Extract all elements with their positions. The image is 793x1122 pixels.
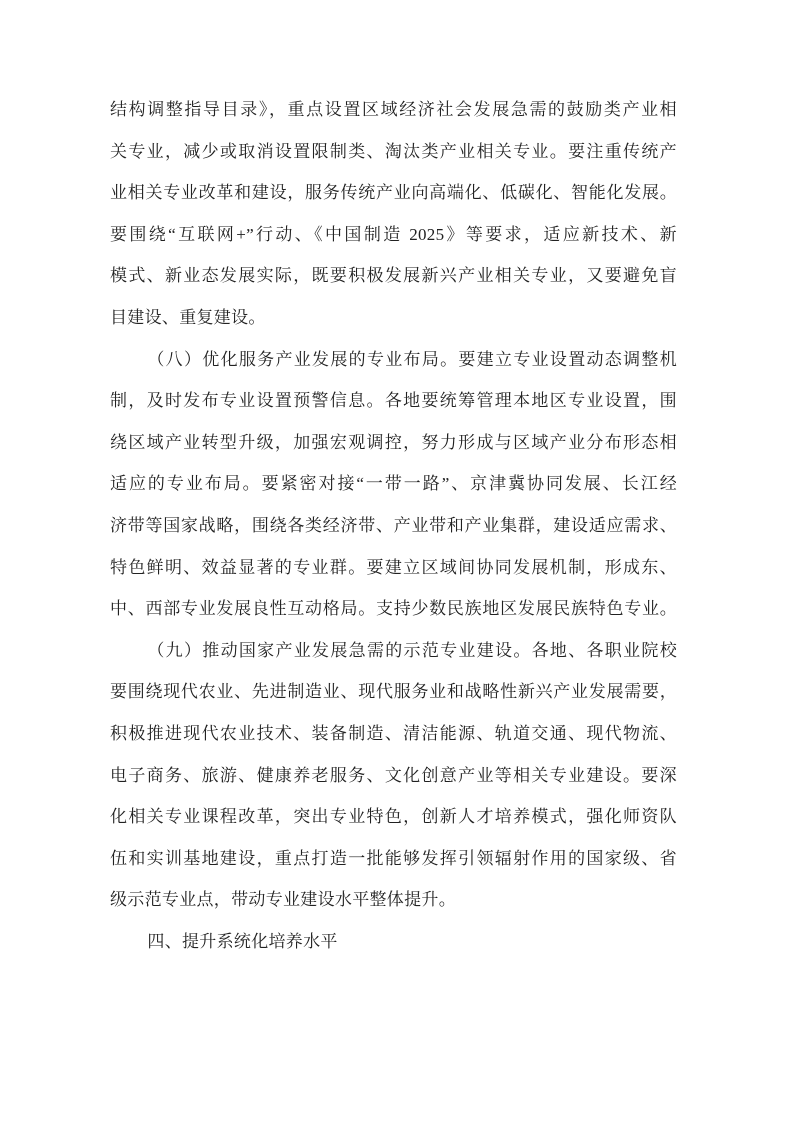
text-line: 模式、新业态发展实际，既要积极发展新兴产业相关专业，又要避免盲 [110,255,677,297]
text-line: 目建设、重复建设。 [110,297,677,339]
text-line: 要围绕现代农业、先进制造业、现代服务业和战略性新兴产业发展需要， [110,671,677,713]
text-line: 适应的专业布局。要紧密对接“一带一路”、京津冀协同发展、长江经 [110,463,677,505]
text-line: 化相关专业课程改革，突出专业特色，创新人才培养模式，强化师资队 [110,796,677,838]
text-line: 济带等国家战略，围绕各类经济带、产业带和产业集群，建设适应需求、 [110,505,677,547]
text-line: 结构调整指导目录》，重点设置区域经济社会发展急需的鼓励类产业相 [110,89,677,131]
paragraph-item-9: （九）推动国家产业发展急需的示范专业建设。各地、各职业院校 要围绕现代农业、先进… [110,630,677,921]
paragraph-item-8: （八）优化服务产业发展的专业布局。要建立专业设置动态调整机 制，及时发布专业设置… [110,339,677,630]
text-line: 要围绕“互联网+”行动、《中国制造 2025》等要求，适应新技术、新 [110,214,677,256]
paragraph-continued: 结构调整指导目录》，重点设置区域经济社会发展急需的鼓励类产业相 关专业，减少或取… [110,89,677,339]
text-line: 绕区域产业转型升级，加强宏观调控，努力形成与区域产业分布形态相 [110,422,677,464]
section-heading-line: 四、提升系统化培养水平 [110,921,677,963]
text-line: 伍和实训基地建设，重点打造一批能够发挥引领辐射作用的国家级、省 [110,838,677,880]
text-line: 业相关专业改革和建设，服务传统产业向高端化、低碳化、智能化发展。 [110,172,677,214]
document-page: 结构调整指导目录》，重点设置区域经济社会发展急需的鼓励类产业相 关专业，减少或取… [0,0,793,1122]
section-heading-4: 四、提升系统化培养水平 [110,921,677,963]
text-line: （九）推动国家产业发展急需的示范专业建设。各地、各职业院校 [110,630,677,672]
text-line: （八）优化服务产业发展的专业布局。要建立专业设置动态调整机 [110,339,677,381]
text-line: 制，及时发布专业设置预警信息。各地要统筹管理本地区专业设置，围 [110,380,677,422]
text-line: 电子商务、旅游、健康养老服务、文化创意产业等相关专业建设。要深 [110,755,677,797]
text-line: 积极推进现代农业技术、装备制造、清洁能源、轨道交通、现代物流、 [110,713,677,755]
text-line: 特色鲜明、效益显著的专业群。要建立区域间协同发展机制，形成东、 [110,547,677,589]
text-line: 中、西部专业发展良性互动格局。支持少数民族地区发展民族特色专业。 [110,588,677,630]
document-text-block: 结构调整指导目录》，重点设置区域经济社会发展急需的鼓励类产业相 关专业，减少或取… [110,89,677,962]
text-line: 级示范专业点，带动专业建设水平整体提升。 [110,879,677,921]
text-line: 关专业，减少或取消设置限制类、淘汰类产业相关专业。要注重传统产 [110,131,677,173]
